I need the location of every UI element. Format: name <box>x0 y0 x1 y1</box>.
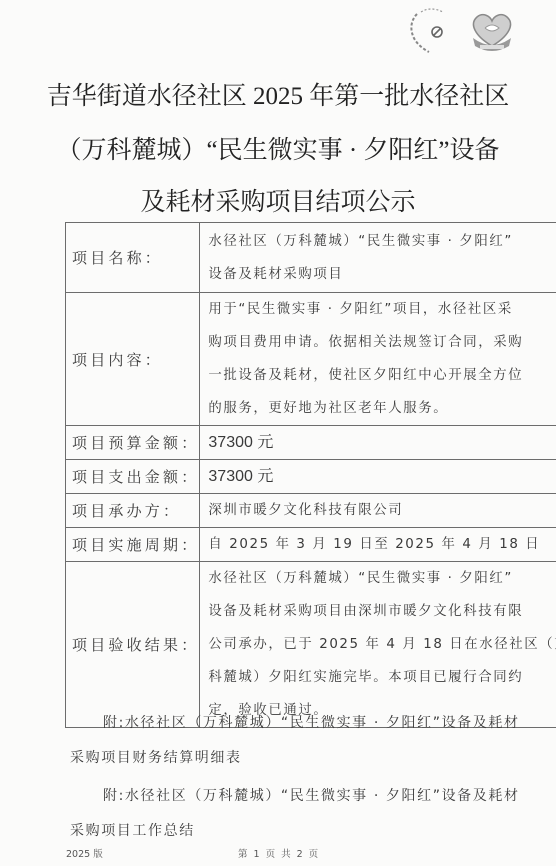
value-line: 用于“民生微实事 · 夕阳红”项目，水径社区采 <box>208 293 556 326</box>
row-label: 项目内容： <box>66 293 200 426</box>
row-label: 项目预算金额： <box>66 426 200 460</box>
table-row-implementation-period: 项目实施周期： 自 2025 年 3 月 19 日至 2025 年 4 月 18… <box>66 528 556 562</box>
value-line: 设备及耗材采购项目 <box>208 258 556 291</box>
row-value: 37300 元 <box>200 426 556 460</box>
table-row-project-name: 项目名称： 水径社区（万科麓城）“民生微实事 · 夕阳红” 设备及耗材采购项目 <box>66 223 556 293</box>
value-line: 水径社区（万科麓城）“民生微实事 · 夕阳红” <box>208 562 556 595</box>
table-row-budget-amount: 项目预算金额： 37300 元 <box>66 426 556 460</box>
row-label: 项目名称： <box>66 223 200 293</box>
table-row-acceptance-result: 项目验收结果： 水径社区（万科麓城）“民生微实事 · 夕阳红” 设备及耗材采购项… <box>66 562 556 728</box>
row-value: 深圳市暖夕文化科技有限公司 <box>200 494 556 528</box>
page-number: 第 1 页 共 2 页 <box>238 846 320 860</box>
attachment-line: 采购项目工作总结 <box>70 820 195 840</box>
row-label: 项目承办方： <box>66 494 200 528</box>
row-value: 用于“民生微实事 · 夕阳红”项目，水径社区采 购项目费用申请。依据相关法规签订… <box>200 293 556 426</box>
community-heart-logo <box>465 10 519 54</box>
attachment-line: 附:水径社区（万科麓城）“民生微实事 · 夕阳红”设备及耗材 <box>103 712 520 732</box>
value-line: 一批设备及耗材，使社区夕阳红中心开展全方位 <box>208 359 556 392</box>
table-row-project-content: 项目内容： 用于“民生微实事 · 夕阳红”项目，水径社区采 购项目费用申请。依据… <box>66 293 556 426</box>
table-row-contractor: 项目承办方： 深圳市暖夕文化科技有限公司 <box>66 494 556 528</box>
header-logos <box>405 6 525 54</box>
value-line: 的服务，更好地为社区老年人服务。 <box>208 392 556 425</box>
page-title-line-2: （万科麓城）“民生微实事 · 夕阳红”设备 <box>0 130 556 166</box>
row-label: 项目实施周期： <box>66 528 200 562</box>
value-line: 购项目费用申请。依据相关法规签订合同，采购 <box>208 326 556 359</box>
row-value: 水径社区（万科麓城）“民生微实事 · 夕阳红” 设备及耗材采购项目 <box>200 223 556 293</box>
edition-label: 2025 版 <box>66 846 103 860</box>
value-line: 公司承办，已于 2025 年 4 月 18 日在水径社区（万 <box>208 628 556 661</box>
table-row-expenditure-amount: 项目支出金额： 37300 元 <box>66 460 556 494</box>
row-label: 项目验收结果： <box>66 562 200 728</box>
row-label: 项目支出金额： <box>66 460 200 494</box>
row-value: 自 2025 年 3 月 19 日至 2025 年 4 月 18 日 <box>200 528 556 562</box>
party-emblem-logo <box>405 6 457 54</box>
row-value: 37300 元 <box>200 460 556 494</box>
value-line: 水径社区（万科麓城）“民生微实事 · 夕阳红” <box>208 225 556 258</box>
attachment-line: 采购项目财务结算明细表 <box>70 747 242 767</box>
page-title-line-1: 吉华街道水径社区 2025 年第一批水径社区 <box>0 76 556 112</box>
row-value: 水径社区（万科麓城）“民生微实事 · 夕阳红” 设备及耗材采购项目由深圳市暖夕文… <box>200 562 556 728</box>
value-line: 科麓城）夕阳红实施完毕。本项目已履行合同约 <box>208 661 556 694</box>
project-info-table: 项目名称： 水径社区（万科麓城）“民生微实事 · 夕阳红” 设备及耗材采购项目 … <box>65 222 556 728</box>
attachment-line: 附:水径社区（万科麓城）“民生微实事 · 夕阳红”设备及耗材 <box>103 785 520 805</box>
page-title-line-3: 及耗材采购项目结项公示 <box>0 182 556 218</box>
value-line: 设备及耗材采购项目由深圳市暖夕文化科技有限 <box>208 595 556 628</box>
